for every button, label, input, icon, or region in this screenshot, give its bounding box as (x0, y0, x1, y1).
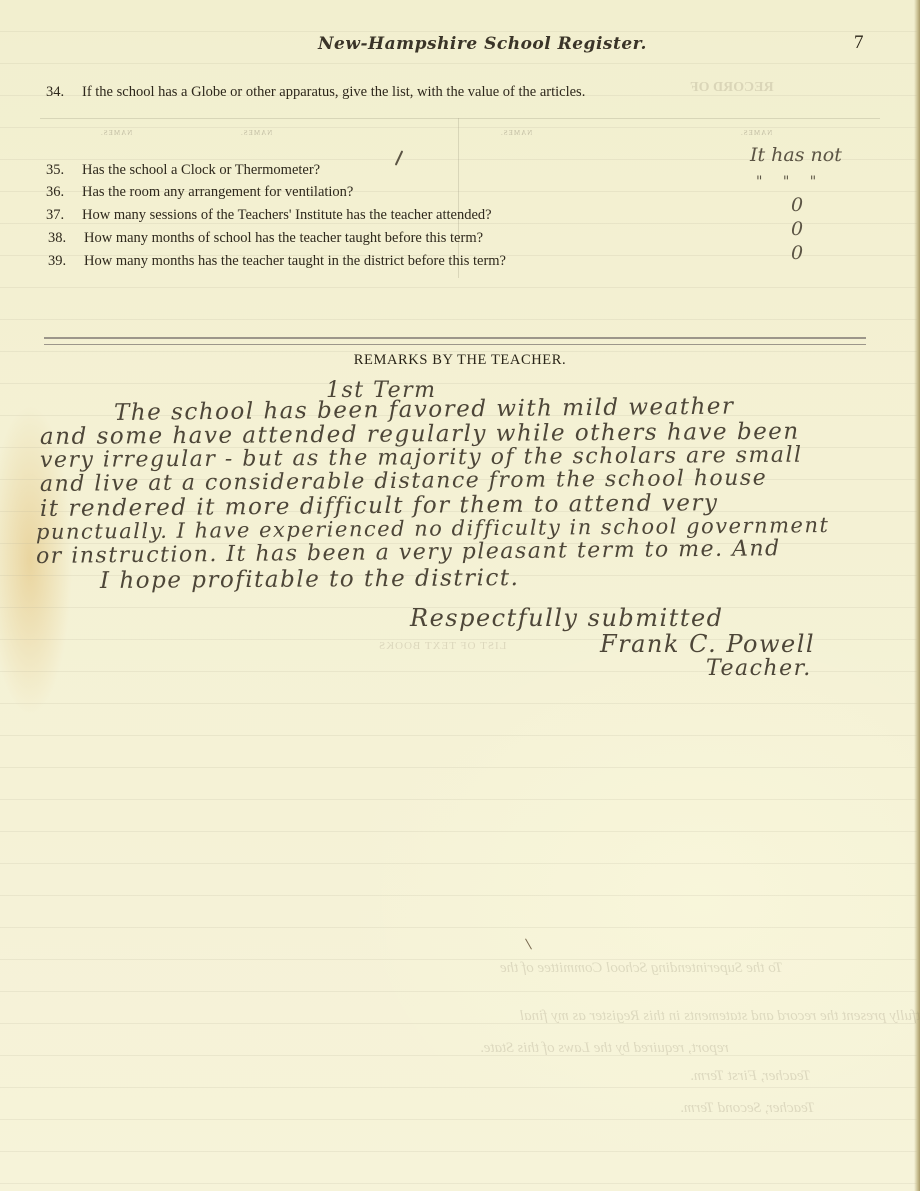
bleed-text-books-heading: LIST OF TEXT BOOKS (378, 640, 506, 652)
teacher-signature: Frank C. Powell (600, 630, 815, 658)
question-number: 36. (46, 184, 82, 201)
bleed-committee-line: Teacher, First Term. (690, 1068, 811, 1085)
bleed-committee-line: I respectfully present the record and st… (520, 1008, 920, 1025)
bleed-column-header: NAMES. (740, 129, 772, 137)
answer-q37: 0 (791, 194, 803, 216)
bleed-committee-line: Teacher, Second Term. (680, 1100, 815, 1117)
question-text: Has the school a Clock or Thermometer? (82, 162, 320, 178)
bleed-column-header: NAMES. (240, 129, 272, 137)
page-header: New-Hampshire School Register. 7 (0, 30, 920, 60)
bleed-committee-line: report, required by the Laws of this Sta… (480, 1040, 729, 1057)
question-text: How many months has the teacher taught i… (84, 253, 506, 269)
question-number: 37. (46, 207, 82, 224)
question-37: 37.How many sessions of the Teachers' In… (46, 207, 492, 224)
answer-q39: 0 (791, 242, 803, 264)
question-text: How many months of school has the teache… (84, 230, 483, 246)
question-text: How many sessions of the Teachers' Insti… (82, 207, 492, 223)
answer-q36: " " " (756, 174, 824, 190)
remarks-line: I hope profitable to the district. (100, 565, 520, 594)
question-39: 39.How many months has the teacher taugh… (48, 253, 506, 270)
bleed-column-header: NAMES. (100, 129, 132, 137)
answer-q35: It has not (750, 144, 842, 166)
question-35: 35.Has the school a Clock or Thermometer… (46, 162, 320, 179)
question-number: 35. (46, 162, 82, 179)
question-34: 34.If the school has a Globe or other ap… (46, 84, 585, 101)
question-38: 38.How many months of school has the tea… (48, 230, 483, 247)
question-text: If the school has a Globe or other appar… (82, 84, 585, 100)
bleed-column-header: NAMES. (500, 129, 532, 137)
question-number: 34. (46, 84, 82, 101)
section-double-rule (44, 337, 866, 345)
bleed-committee-line: To the Superintending School Committee o… (500, 960, 783, 977)
stray-pencil-mark (525, 939, 532, 950)
question-text: Has the room any arrangement for ventila… (82, 184, 353, 200)
answer-q38: 0 (791, 218, 803, 240)
signature-title: Teacher. (706, 656, 812, 681)
remarks-heading: REMARKS BY THE TEACHER. (0, 352, 920, 369)
bleed-record-heading: RECORD OF (690, 80, 774, 96)
page-number: 7 (854, 32, 864, 54)
question-number: 39. (48, 253, 84, 270)
question-36: 36.Has the room any arrangement for vent… (46, 184, 353, 201)
remarks-closing: Respectfully submitted (410, 604, 724, 632)
register-title: New-Hampshire School Register. (318, 34, 647, 54)
question-number: 38. (48, 230, 84, 247)
